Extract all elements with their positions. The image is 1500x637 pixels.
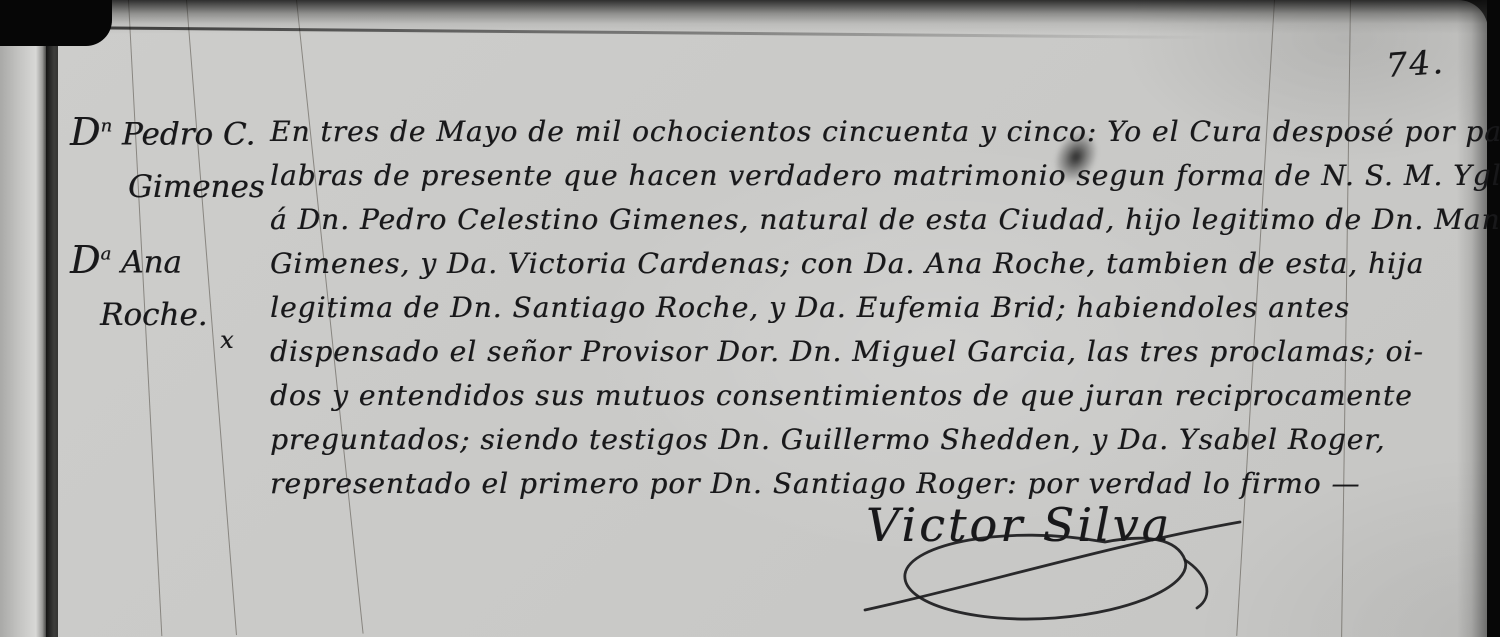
- record-line: labras de presente que hacen verdadero m…: [270, 154, 1500, 198]
- scan-edge-top-left: [0, 0, 112, 46]
- record-line: preguntados; siendo testigos Dn. Guiller…: [270, 418, 1500, 462]
- record-line: legitima de Dn. Santiago Roche, y Da. Eu…: [270, 286, 1500, 330]
- don-abbreviation: Dn: [70, 110, 112, 154]
- margin-cross-mark: x: [220, 326, 234, 354]
- bride-surname: Roche.: [100, 289, 208, 341]
- page-number: 74.: [1385, 42, 1446, 85]
- groom-name: Pedro C.: [122, 117, 255, 153]
- margin-name-groom: Dn Pedro C. Gimenes: [70, 100, 265, 213]
- groom-surname: Gimenes: [128, 161, 265, 213]
- record-line: dos y entendidos sus mutuos consentimien…: [270, 374, 1500, 418]
- signature-flourish: [855, 512, 1245, 637]
- bride-name: Ana: [121, 245, 182, 281]
- record-line: En tres de Mayo de mil ochocientos cincu…: [270, 110, 1500, 154]
- record-line: Gimenes, y Da. Victoria Cardenas; con Da…: [270, 242, 1500, 286]
- marriage-record-text: En tres de Mayo de mil ochocientos cincu…: [270, 110, 1500, 506]
- record-line: á Dn. Pedro Celestino Gimenes, natural d…: [270, 198, 1500, 242]
- record-line: dispensado el señor Provisor Dor. Dn. Mi…: [270, 330, 1500, 374]
- margin-name-bride: Da Ana Roche.: [70, 228, 208, 341]
- previous-page-edge: [0, 0, 46, 637]
- dona-abbreviation: Da: [70, 238, 111, 282]
- margin-bride-line1: Da Ana: [70, 228, 208, 289]
- margin-groom-line1: Dn Pedro C.: [70, 100, 265, 161]
- scanned-register-page: 74. Dn Pedro C. Gimenes Da Ana Roche. x …: [0, 0, 1500, 637]
